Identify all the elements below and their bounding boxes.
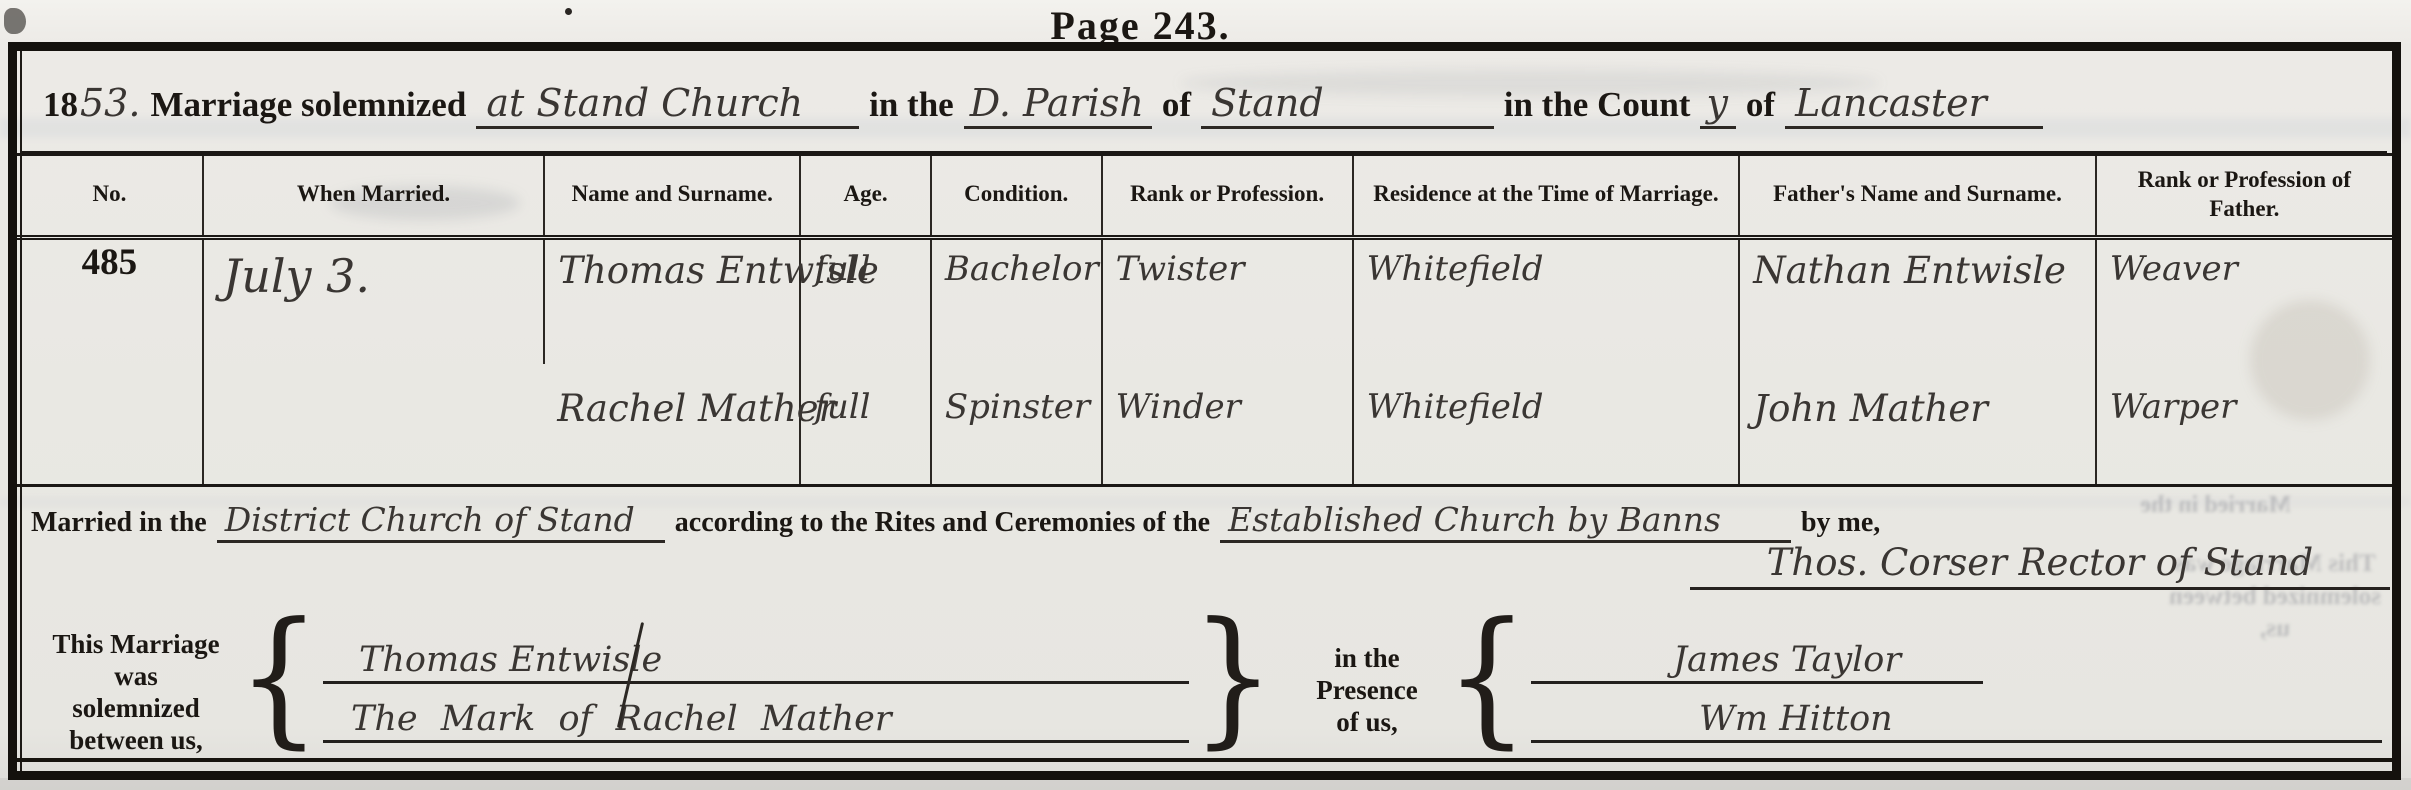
parish-name-handwritten: Stand <box>1201 84 1494 129</box>
this-marriage-label: This Marriage was solemnized between us, <box>37 617 235 756</box>
cell-bride-rank: Winder <box>1102 364 1353 486</box>
witness-opening-brace: { <box>1443 610 1531 744</box>
witness2-signature: Wm Hitton <box>1531 699 1893 739</box>
parish-word-handwritten: D. Parish <box>964 84 1152 129</box>
groom-father-name-handwritten: Nathan Entwisle <box>1741 241 2066 292</box>
witness-signatures: James Taylor Wm Hitton <box>1531 617 2382 743</box>
established-church-handwritten: Established Church by Banns <box>1220 503 1791 543</box>
of-label2: of <box>1746 85 1775 125</box>
county-label: in the Count <box>1504 85 1691 125</box>
presence-line2: Presence <box>1291 675 1443 707</box>
bride-residence-handwritten: Whitefield <box>1355 365 1544 427</box>
county-name-handwritten: Lancaster <box>1785 84 2043 129</box>
witness1-signature: James Taylor <box>1531 640 1901 680</box>
table-row-groom: 485 July 3. Thomas Entwisle full Bachelo… <box>17 238 2392 365</box>
col-header-father-name: Father's Name and Surname. <box>1739 154 2096 238</box>
county-y-handwritten: y <box>1700 84 1735 129</box>
year-printed: 18 <box>43 85 78 125</box>
presence-line3: of us, <box>1291 707 1443 739</box>
presence-line1: in the <box>1291 643 1443 675</box>
year-handwritten: 53. <box>80 81 140 125</box>
groom-father-rank-handwritten: Weaver <box>2098 241 2238 289</box>
marriage-register-scan: Page 243. This Marriage was solemnized b… <box>0 0 2411 790</box>
this-marriage-line2: was <box>37 661 235 693</box>
this-marriage-line4: between us, <box>37 725 235 757</box>
when-married-handwritten: July 3. <box>205 241 370 303</box>
col-header-age: Age. <box>800 154 931 238</box>
cell-entry-number: 485 <box>17 238 203 486</box>
col-header-residence: Residence at the Time of Marriage. <box>1353 154 1740 238</box>
cell-groom-condition: Bachelor <box>931 238 1102 365</box>
cell-groom-father-name: Nathan Entwisle <box>1739 238 2096 365</box>
bride-rank-handwritten: Winder <box>1104 365 1241 427</box>
groom-condition-handwritten: Bachelor <box>933 241 1099 289</box>
in-the-label: in the <box>869 85 954 125</box>
of-label: of <box>1162 85 1191 125</box>
marriage-register-table: No. When Married. Name and Surname. Age.… <box>17 153 2392 488</box>
col-header-when-married: When Married. <box>203 154 544 238</box>
bride-condition-handwritten: Spinster <box>933 365 1090 427</box>
bride-age-handwritten: full <box>802 365 870 427</box>
header-row: No. When Married. Name and Surname. Age.… <box>17 154 2392 238</box>
groom-signature: Thomas Entwisle <box>323 640 662 680</box>
cell-bride-name: Rachel Mather <box>544 364 800 486</box>
married-in-label: Married in the <box>31 507 207 539</box>
cell-groom-name: Thomas Entwisle <box>544 238 800 365</box>
cell-bride-condition: Spinster <box>931 364 1102 486</box>
col-header-name-surname: Name and Surname. <box>544 154 800 238</box>
inner-border-line <box>20 51 22 771</box>
rites-line: Married in the District Church of Stand … <box>17 487 2392 543</box>
groom-rank-handwritten: Twister <box>1104 241 1245 289</box>
bride-name-handwritten: Rachel Mather <box>545 365 836 430</box>
col-header-no: No. <box>17 154 203 238</box>
register-title-line: 1853. Marriage solemnized at Stand Churc… <box>17 51 2392 129</box>
closing-brace: } <box>1189 610 1277 744</box>
bride-father-name-handwritten: John Mather <box>1741 365 1988 430</box>
according-label: according to the Rites and Ceremonies of… <box>675 507 1210 539</box>
officiant-signature: Thos. Corser Rector of Stand <box>1690 541 2390 590</box>
cell-groom-father-rank: Weaver <box>2096 238 2392 365</box>
col-header-rank-profession: Rank or Profession. <box>1102 154 1353 238</box>
col-header-condition: Condition. <box>931 154 1102 238</box>
cell-bride-residence: Whitefield <box>1353 364 1740 486</box>
church-entry-handwritten: at Stand Church <box>476 84 859 129</box>
cell-bride-age: full <box>800 364 931 486</box>
bride-father-rank-handwritten: Warper <box>2098 365 2237 427</box>
this-marriage-line3: solemnized <box>37 693 235 725</box>
col-header-father-rank: Rank or Profession of Father. <box>2096 154 2392 238</box>
solemnized-label: Marriage solemnized <box>150 85 466 125</box>
opening-brace: { <box>235 610 323 744</box>
cell-groom-residence: Whitefield <box>1353 238 1740 365</box>
cell-bride-father-rank: Warper <box>2096 364 2392 486</box>
cell-groom-age: full <box>800 238 931 365</box>
register-form-border: 1853. Marriage solemnized at Stand Churc… <box>8 42 2401 780</box>
by-me-label: by me, <box>1801 507 1880 539</box>
groom-residence-handwritten: Whitefield <box>1355 241 1544 289</box>
cell-bride-father-name: John Mather <box>1739 364 2096 486</box>
signature-block: This Marriage was solemnized between us,… <box>17 613 2392 756</box>
cell-groom-rank: Twister <box>1102 238 1353 365</box>
groom-age-handwritten: full <box>802 241 870 289</box>
church-handwritten: District Church of Stand <box>217 503 665 543</box>
this-marriage-line1: This Marriage <box>37 629 235 661</box>
couple-signatures: Thomas Entwisle The Mark of Rachel Mathe… <box>323 617 1189 743</box>
bride-mark-signature: The Mark of Rachel Mather <box>323 699 892 739</box>
cell-when-married: July 3. <box>203 238 544 486</box>
presence-label: in the Presence of us, <box>1291 617 1443 739</box>
